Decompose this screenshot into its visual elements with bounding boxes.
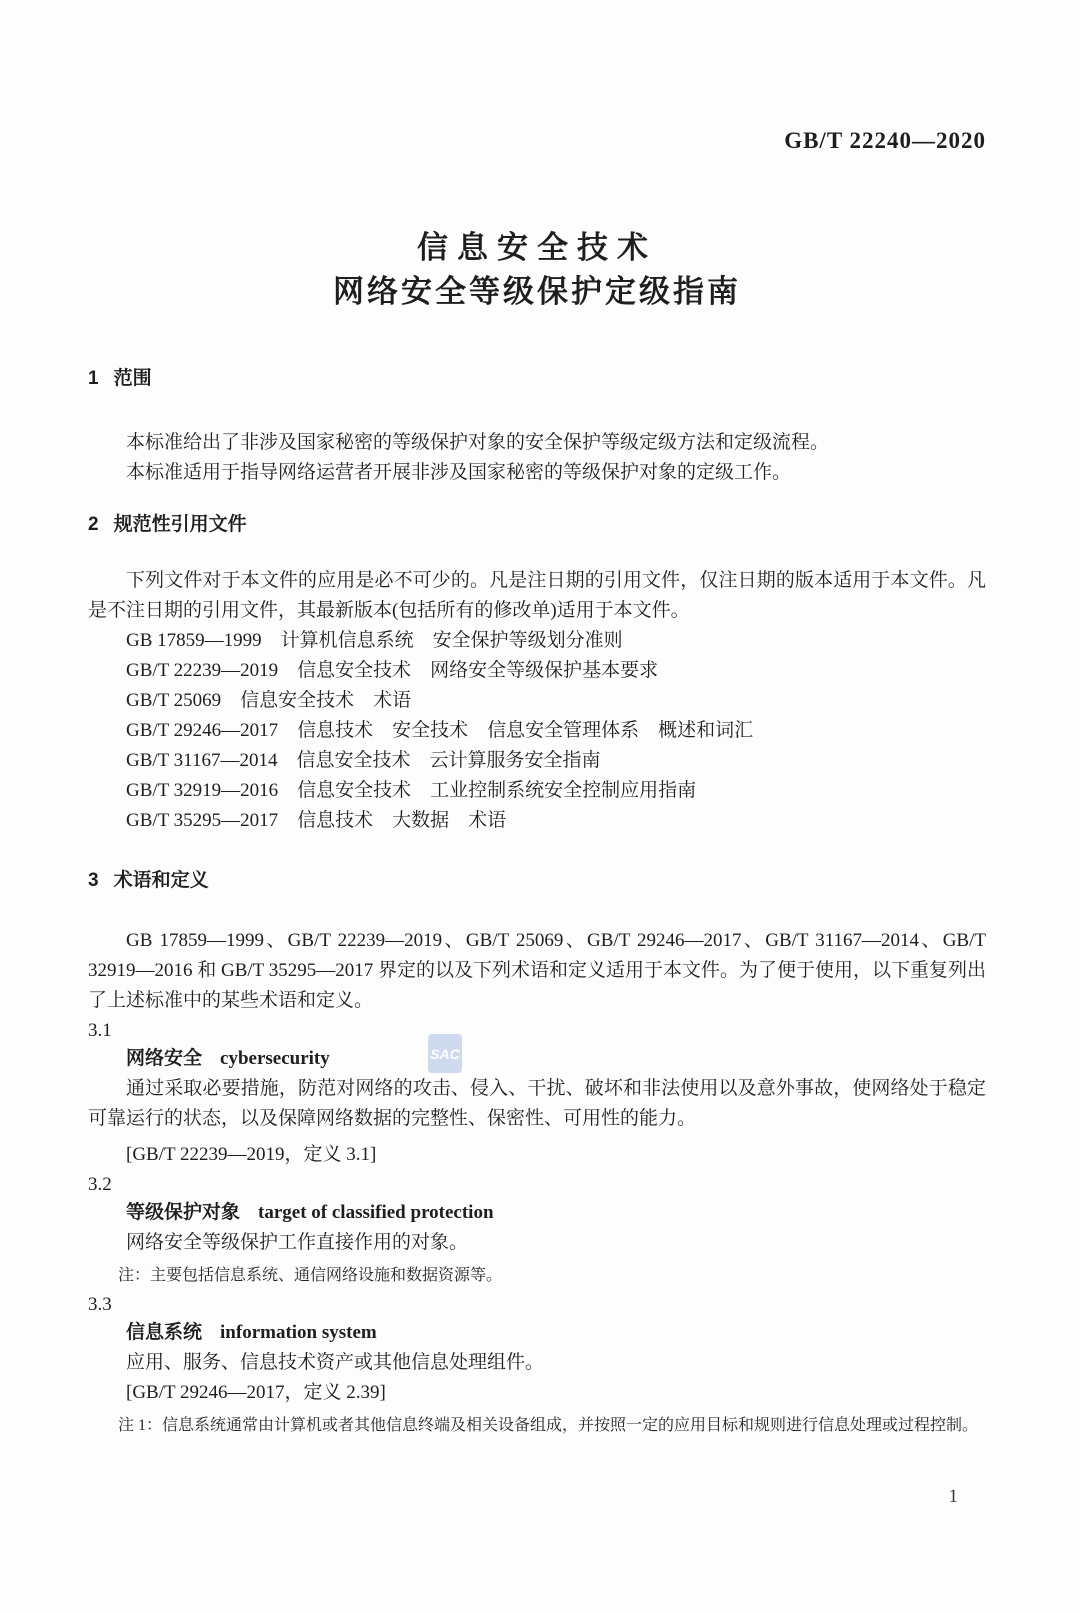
reference-item: GB/T 29246—2017 信息技术 安全技术 信息安全管理体系 概述和词汇 xyxy=(88,716,986,746)
normative-references-intro: 下列文件对于本文件的应用是必不可少的。凡是注日期的引用文件，仅注日期的版本适用于… xyxy=(88,566,986,626)
page-number: 1 xyxy=(949,1486,959,1508)
term-source-3-1: [GB/T 22239—2019，定义 3.1] xyxy=(88,1140,986,1170)
reference-item: GB/T 22239—2019 信息安全技术 网络安全等级保护基本要求 xyxy=(88,656,986,686)
terms-intro: GB 17859—1999、GB/T 22239—2019、GB/T 25069… xyxy=(88,926,986,1016)
reference-item: GB/T 35295—2017 信息技术 大数据 术语 xyxy=(88,806,986,836)
section-number: 3 xyxy=(88,870,99,891)
term-name-en: target of classified protection xyxy=(258,1202,494,1223)
normative-references-intro-paragraph: 下列文件对于本文件的应用是必不可少的。凡是注日期的引用文件，仅注日期的版本适用于… xyxy=(88,566,986,626)
document-title: 信息安全技术 网络安全等级保护定级指南 xyxy=(88,226,986,314)
term-id-3-3: 3.3 xyxy=(88,1292,986,1318)
scope-paragraph-2: 本标准适用于指导网络运营者开展非涉及国家秘密的等级保护对象的定级工作。 xyxy=(88,458,986,488)
document-title-line2: 网络安全等级保护定级指南 xyxy=(88,270,986,314)
term-name-zh: 信息系统 xyxy=(126,1322,202,1343)
scope-paragraph-1: 本标准给出了非涉及国家秘密的等级保护对象的安全保护等级定级方法和定级流程。 xyxy=(88,428,986,458)
scope-paragraphs: 本标准给出了非涉及国家秘密的等级保护对象的安全保护等级定级方法和定级流程。 本标… xyxy=(88,428,986,488)
sac-watermark-icon: SAC xyxy=(428,1034,462,1073)
term-source-3-3: [GB/T 29246—2017，定义 2.39] xyxy=(88,1378,986,1408)
section-heading-terms-definitions: 3术语和定义 xyxy=(88,868,986,894)
term-name-en: information system xyxy=(220,1322,377,1343)
term-name-en: cybersecurity xyxy=(220,1048,330,1069)
term-definition-3-2: 网络安全等级保护工作直接作用的对象。 xyxy=(88,1228,986,1258)
reference-item: GB/T 32919—2016 信息安全技术 工业控制系统安全控制应用指南 xyxy=(88,776,986,806)
standard-code-header: GB/T 22240—2020 xyxy=(88,0,986,154)
term-note-3-3: 注 1：信息系统通常由计算机或者其他信息终端及相关设备组成，并按照一定的应用目标… xyxy=(88,1410,986,1441)
section-heading-scope: 1范围 xyxy=(88,366,986,392)
section-number: 2 xyxy=(88,514,99,535)
term-name-3-1: 网络安全cybersecurity xyxy=(88,1044,986,1074)
term-note-3-2: 注：主要包括信息系统、通信网络设施和数据资源等。 xyxy=(88,1262,986,1290)
term-name-zh: 网络安全 xyxy=(126,1048,202,1069)
section-title: 规范性引用文件 xyxy=(114,514,247,535)
reference-item: GB/T 31167—2014 信息安全技术 云计算服务安全指南 xyxy=(88,746,986,776)
standard-document-page: GB/T 22240—2020 信息安全技术 网络安全等级保护定级指南 1范围 … xyxy=(0,0,1080,1613)
normative-references-list: GB 17859—1999 计算机信息系统 安全保护等级划分准则 GB/T 22… xyxy=(88,626,986,836)
section-number: 1 xyxy=(88,368,99,389)
term-definition-3-1: 通过采取必要措施，防范对网络的攻击、侵入、干扰、破坏和非法使用以及意外事故，使网… xyxy=(88,1074,986,1134)
terms-intro-paragraph: GB 17859—1999、GB/T 22239—2019、GB/T 25069… xyxy=(88,926,986,1016)
section-heading-normative-references: 2规范性引用文件 xyxy=(88,512,986,538)
term-name-3-3: 信息系统information system xyxy=(88,1318,986,1348)
term-name-zh: 等级保护对象 xyxy=(126,1202,240,1223)
document-title-line1: 信息安全技术 xyxy=(88,226,986,270)
reference-item: GB/T 25069 信息安全技术 术语 xyxy=(88,686,986,716)
reference-item: GB 17859—1999 计算机信息系统 安全保护等级划分准则 xyxy=(88,626,986,656)
term-name-3-2: 等级保护对象target of classified protection xyxy=(88,1198,986,1228)
term-id-3-1: 3.1 xyxy=(88,1018,986,1044)
section-title: 范围 xyxy=(114,368,152,389)
term-id-3-2: 3.2 xyxy=(88,1172,986,1198)
section-title: 术语和定义 xyxy=(114,870,209,891)
term-definition-3-3: 应用、服务、信息技术资产或其他信息处理组件。 xyxy=(88,1348,986,1378)
